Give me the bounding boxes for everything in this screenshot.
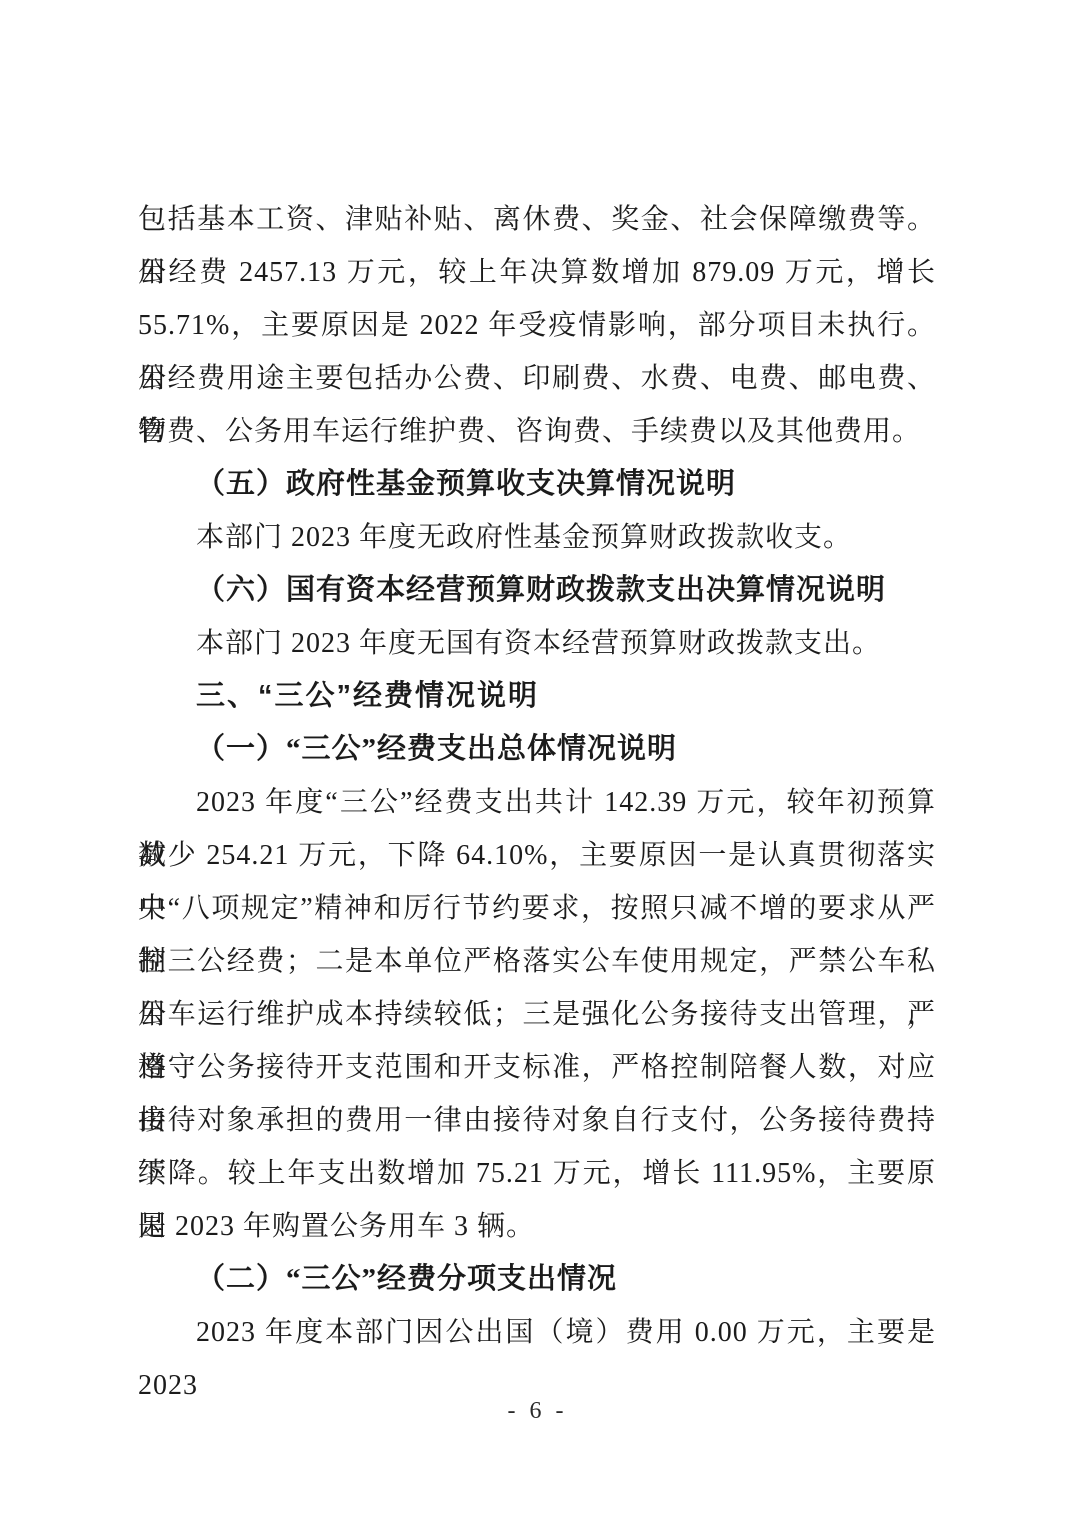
section-heading-one: （一）“三公”经费支出总体情况说明 [138, 723, 936, 776]
text-line: 是 2023 年购置公务用车 3 辆。 [138, 1200, 936, 1253]
text-line: 55.71%，主要原因是 2022 年受疫情影响，部分项目未执行。公 [138, 299, 936, 352]
text-line: 本部门 2023 年度无政府性基金预算财政拨款收支。 [138, 511, 936, 564]
document-page: 包括基本工资、津贴补贴、离休费、奖金、社会保障缴费等。公 用经费 2457.13… [0, 0, 1075, 1520]
text-line: 公车运行维护成本持续较低；三是强化公务接待支出管理，严格 [138, 988, 936, 1041]
text-line: 下降。较上年支出数增加 75.21 万元，增长 111.95%，主要原因 [138, 1147, 936, 1200]
text-line: 2023 年度“三公”经费支出共计 142.39 万元，较年初预算数 [138, 776, 936, 829]
text-line: 央“八项规定”精神和厉行节约要求，按照只减不增的要求从严控 [138, 882, 936, 935]
page-number: - 6 - [0, 1398, 1075, 1425]
section-heading-six: （六）国有资本经营预算财政拨款支出决算情况说明 [138, 564, 936, 617]
text-line: 用经费 2457.13 万元，较上年决算数增加 879.09 万元，增长 [138, 246, 936, 299]
document-text-block: 包括基本工资、津贴补贴、离休费、奖金、社会保障缴费等。公 用经费 2457.13… [138, 193, 936, 1359]
text-line: 用经费用途主要包括办公费、印刷费、水费、电费、邮电费、物 [138, 352, 936, 405]
text-line: 包括基本工资、津贴补贴、离休费、奖金、社会保障缴费等。公 [138, 193, 936, 246]
section-heading-five: （五）政府性基金预算收支决算情况说明 [138, 458, 936, 511]
text-line: 遵守公务接待开支范围和开支标准，严格控制陪餐人数，对应由 [138, 1041, 936, 1094]
text-line: 制三公经费；二是本单位严格落实公车使用规定，严禁公车私用， [138, 935, 936, 988]
text-line: 接待对象承担的费用一律由接待对象自行支付，公务接待费持续 [138, 1094, 936, 1147]
text-line: 本部门 2023 年度无国有资本经营预算财政拨款支出。 [138, 617, 936, 670]
section-heading-two: （二）“三公”经费分项支出情况 [138, 1253, 936, 1306]
chapter-heading-three: 三、“三公”经费情况说明 [138, 670, 936, 723]
text-line: 2023 年度本部门因公出国（境）费用 0.00 万元，主要是 2023 [138, 1306, 936, 1359]
text-line: 减少 254.21 万元，下降 64.10%，主要原因一是认真贯彻落实中 [138, 829, 936, 882]
text-line: 管费、公务用车运行维护费、咨询费、手续费以及其他费用。 [138, 405, 936, 458]
